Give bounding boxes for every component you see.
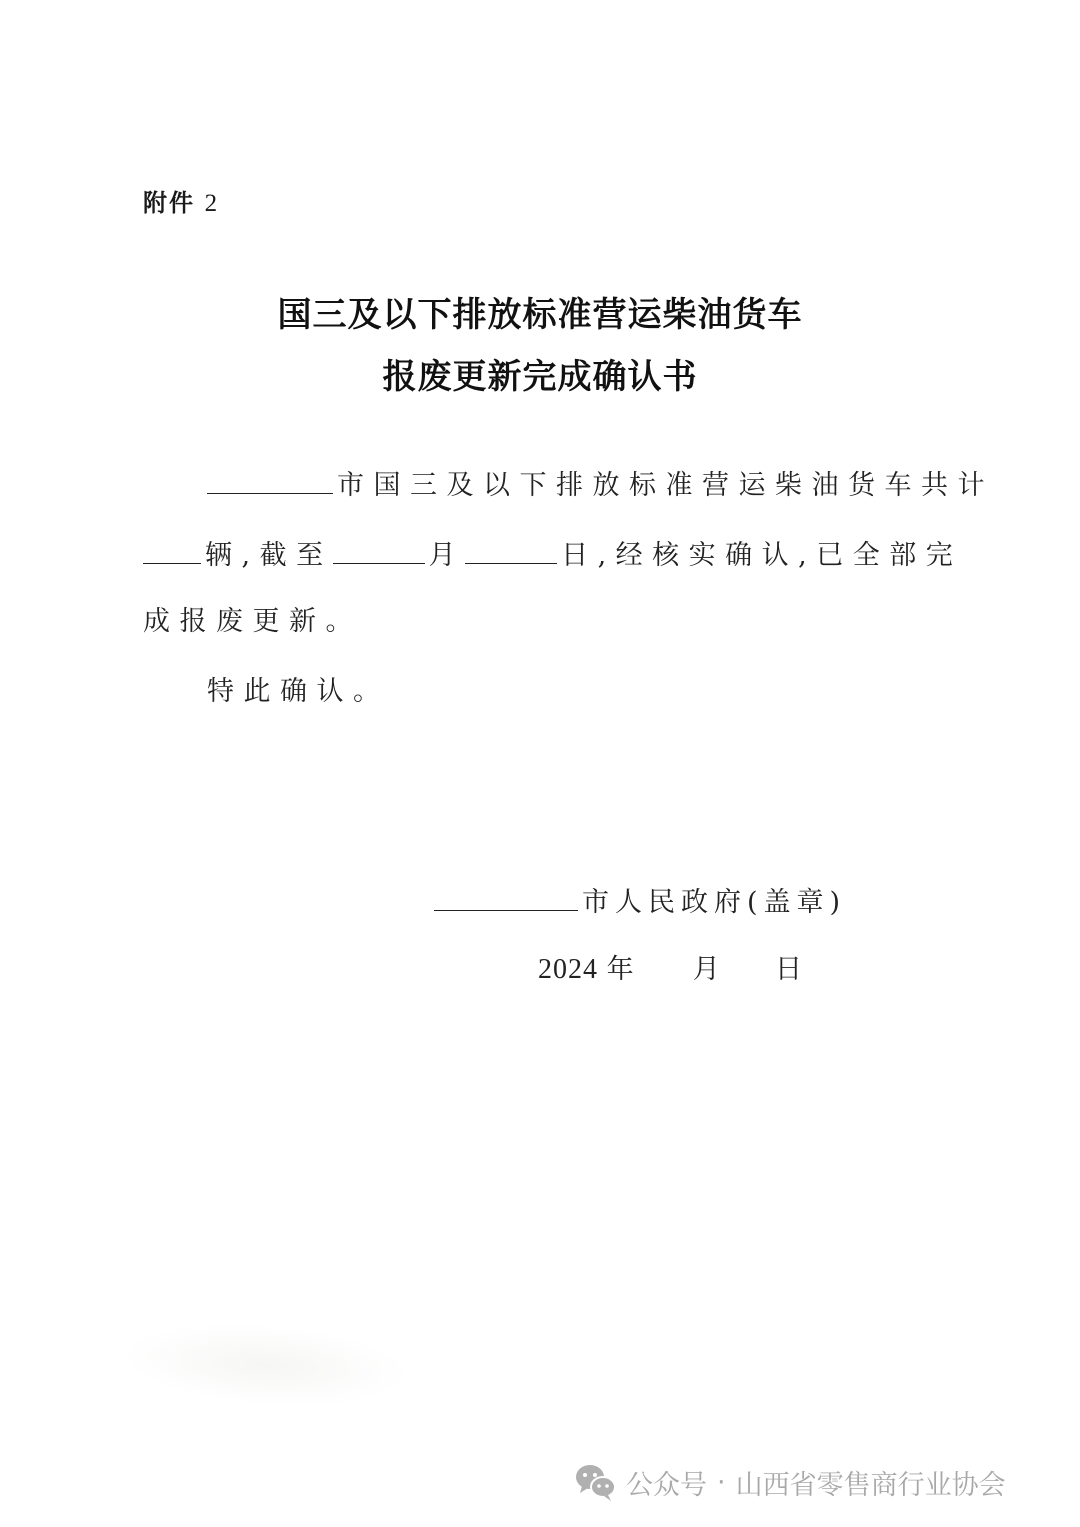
watermark-prefix: 公众号 [626, 1463, 707, 1502]
paragraph-line2: 辆,截至月日,经核实确认,已全部完 [143, 533, 962, 576]
paragraph-line3: 成报废更新。 [143, 602, 362, 642]
wechat-icon [574, 1462, 618, 1502]
date-day-unit: 日 [775, 950, 802, 990]
document-title-line1: 国三及以下排放标准营运柴油货车 [0, 293, 1080, 337]
watermark-account-name: 山西省零售商行业协会 [736, 1463, 1006, 1502]
document-title-line2: 报废更新完成确认书 [0, 355, 1080, 399]
paragraph-line2-text-a: 辆,截至 [205, 540, 333, 571]
date-year-unit: 年 [607, 950, 634, 990]
paragraph-line2-text-b: 日,经核实确认,已全部完 [561, 540, 962, 571]
watermark-separator: · [717, 1467, 726, 1498]
attachment-label: 附件 2 [143, 186, 219, 221]
attachment-number: 2 [205, 190, 220, 217]
paragraph-line1: 市国三及以下排放标准营运柴油货车共计 [207, 463, 994, 506]
paragraph-line1-text: 市国三及以下排放标准营运柴油货车共计 [337, 470, 994, 501]
signature-text: 市人民政府(盖章) [582, 887, 846, 918]
signature-line: 市人民政府(盖章) [434, 880, 846, 923]
vehicle-count-blank [143, 533, 201, 564]
scan-smudge [118, 1315, 413, 1415]
city-blank [207, 463, 333, 494]
date-month-unit: 月 [693, 950, 720, 990]
city-government-blank [434, 880, 578, 911]
date-year: 2024 [538, 950, 598, 990]
document-page: 附件 2 国三及以下排放标准营运柴油货车 报废更新完成确认书 市国三及以下排放标… [0, 0, 1080, 1527]
attachment-label-text: 附件 [143, 189, 195, 217]
month-blank [333, 533, 425, 564]
date-line: 2024 年 月 日 [538, 950, 802, 990]
day-blank [465, 533, 557, 564]
confirm-statement: 特此确认。 [207, 672, 390, 712]
paragraph-line2-month: 月 [429, 540, 466, 571]
wechat-watermark: 公众号 · 山西省零售商行业协会 [574, 1462, 1006, 1502]
